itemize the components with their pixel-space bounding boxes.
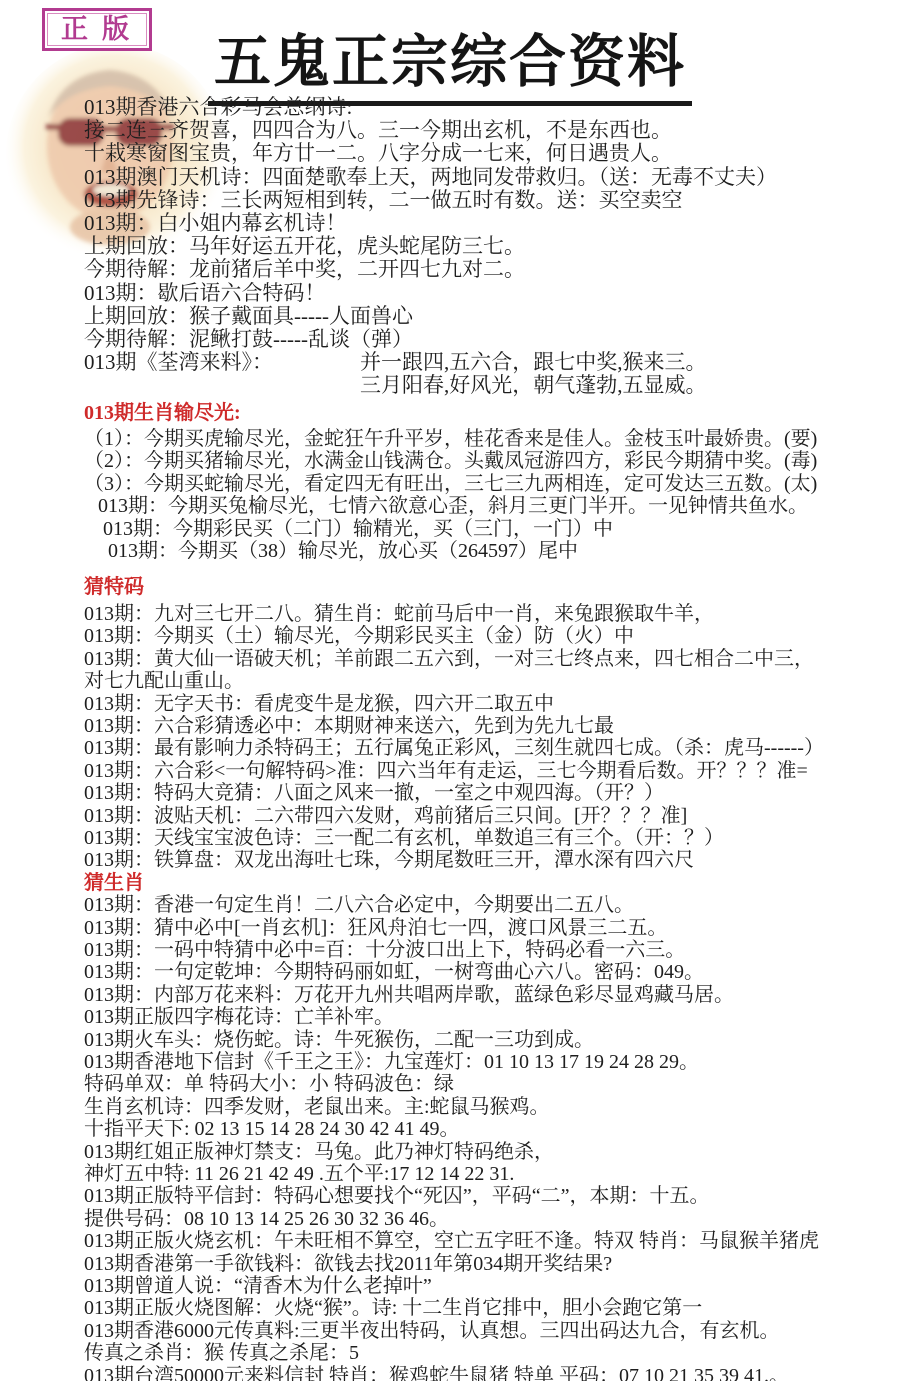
text-line: （3）：今期买蛇输尽光，看定四无有旺出，三七三九两相连，定可发达三五数。(太) bbox=[84, 473, 900, 495]
authentic-badge-label: 正版 bbox=[61, 14, 143, 44]
text-line: 生肖玄机诗：四季发财，老鼠出来。主:蛇鼠马猴鸡。 bbox=[84, 1096, 900, 1118]
text-line: 013期：猜中必中[一肖玄机]：狂风舟泊七一四，渡口风景三二五。 bbox=[84, 917, 900, 939]
text-line: 013期：最有影响力杀特码王；五行属兔正彩风，三刻生就四七成。（杀：虎马----… bbox=[84, 737, 900, 759]
text-line: 013期火车头：烧伤蛇。诗：牛死猴伤，二配一三功到成。 bbox=[84, 1029, 900, 1051]
text-line: 013期香港地下信封《千王之王》：九宝莲灯：01 10 13 17 19 24 … bbox=[84, 1051, 900, 1073]
text-line: （2）：今期买猪输尽光，水满金山钱满仓。头戴凤冠游四方，彩民今期猜中奖。(毒) bbox=[84, 450, 900, 472]
text-line: 013期：歇后语六合特码！ bbox=[84, 282, 900, 305]
text-line: 013期：天线宝宝波色诗：三一配二有玄机，单数追三有三个。（开：？） bbox=[84, 827, 900, 849]
text-line: 三月阳春,好风光，朝气蓬勃,五显威。 bbox=[84, 374, 900, 397]
authentic-badge: 正版 bbox=[42, 8, 152, 51]
text-line: 013期：六合彩<一句解特码>准：四六当年有走运，三七今期看后数。开？？？准= bbox=[84, 760, 900, 782]
text-line: （1）：今期买虎输尽光，金蛇狂午升平岁，桂花香来是佳人。金枝玉叶最娇贵。(要) bbox=[84, 428, 900, 450]
text-line: 013期香港6000元传真料:三更半夜出特码，认真想。三四出码达九合，有玄机。 bbox=[84, 1320, 900, 1342]
text-line: 十指平天下: 02 13 15 14 28 24 30 42 41 49。 bbox=[84, 1118, 900, 1140]
text-line: 上期回放：猴子戴面具-----人面兽心 bbox=[84, 305, 900, 328]
text-line: 今期待解：龙前猪后羊中奖，二开四七九对二。 bbox=[84, 258, 900, 281]
page-title: 五鬼正宗综合资料 bbox=[208, 16, 692, 106]
text-line: 013期先锋诗：三长两短相到转，二一做五时有数。送：买空卖空 bbox=[84, 189, 900, 212]
text-line: 013期正版四字梅花诗：亡羊补牢。 bbox=[84, 1006, 900, 1028]
text-line: 013期正版火烧玄机：午未旺相不算空，空亡五字旺不逢。特双 特肖：马鼠猴羊猪虎 bbox=[84, 1230, 900, 1252]
text-line: 上期回放：马年好运五开花，虎头蛇尾防三七。 bbox=[84, 235, 900, 258]
text-line: 013期：六合彩猜透必中：本期财神来送六，先到为先九七最 bbox=[84, 715, 900, 737]
section-heading: 猜生肖 bbox=[84, 872, 900, 894]
text-line: 013期澳门天机诗：四面楚歌奉上天，两地同发带救归。（送：无毒不丈夫） bbox=[84, 166, 900, 189]
text-line: 013期：九对三七开二八。猜生肖：蛇前马后中一肖，来兔跟猴取牛羊， bbox=[84, 603, 900, 625]
text-line: 特码单双：单 特码大小：小 特码波色：绿 bbox=[84, 1073, 900, 1095]
line-text: 并一跟四,五六合，跟七中奖,猴来三。 bbox=[360, 351, 707, 374]
text-line: 013期香港六合彩马会总纲诗: bbox=[84, 96, 900, 119]
text-line: 013期台湾50000元来料信封 特肖：猴鸡蛇牛鼠猪 特单 平码：07 10 2… bbox=[84, 1365, 900, 1381]
content-lines: 013期香港六合彩马会总纲诗:接二连三齐贺喜，四四合为八。三一今期出玄机，不是东… bbox=[84, 96, 900, 1381]
text-line: 013期：特码大竞猜：八面之风来一撤，一室之中观四海。（开？） bbox=[84, 782, 900, 804]
text-line: 013期：一句定乾坤：今期特码丽如虹，一树弯曲心六八。密码：049。 bbox=[84, 961, 900, 983]
text-line: 013期：波贴天机：二六带四六发财，鸡前猪后三只间。[开？？？准] bbox=[84, 805, 900, 827]
text-line: 对七九配山重山。 bbox=[84, 670, 900, 692]
text-line: 013期《荃湾来料》：并一跟四,五六合，跟七中奖,猴来三。 bbox=[84, 351, 900, 374]
section-heading: 猜特码 bbox=[84, 576, 900, 598]
text-line: 013期：内部万花来料：万花开九州共唱两岸歌，蓝绿色彩尽显鸡藏马居。 bbox=[84, 984, 900, 1006]
text-line: 传真之杀肖：猴 传真之杀尾：5 bbox=[84, 1342, 900, 1364]
text-line: 013期：今期买（土）输尽光，今期彩民买主（金）防（火）中 bbox=[84, 625, 900, 647]
text-line: 013期：无字天书：看虎变牛是龙猴，四六开二取五中 bbox=[84, 693, 900, 715]
text-line: 013期：香港一句定生肖！二八六合必定中，今期要出二五八。 bbox=[84, 894, 900, 916]
text-line: 013期：今期彩民买（二门）输精光，买（三门，一门）中 bbox=[84, 518, 900, 540]
lottery-tip-sheet-page: 正版 五鬼正宗综合资料 013期香港六合彩马会总纲诗:接二连三齐贺喜，四四合为八… bbox=[0, 0, 900, 1381]
line-label bbox=[84, 374, 360, 397]
text-line: 神灯五中特: 11 26 21 42 49 .五个平:17 12 14 22 3… bbox=[84, 1163, 900, 1185]
section-heading: 013期生肖输尽光: bbox=[84, 402, 900, 424]
text-line: 今期待解：泥鳅打鼓-----乱谈（弹） bbox=[84, 328, 900, 351]
text-line: 013期红姐正版神灯禁支：马兔。此乃神灯特码绝杀， bbox=[84, 1141, 900, 1163]
text-line: 013期：白小姐内幕玄机诗！ bbox=[84, 212, 900, 235]
text-line: 013期：黄大仙一语破天机；羊前跟二五六到，一对三七终点来，四七相合二中三， bbox=[84, 648, 900, 670]
line-label: 013期《荃湾来料》： bbox=[84, 351, 360, 374]
text-line: 接二连三齐贺喜，四四合为八。三一今期出玄机，不是东西也。 bbox=[84, 119, 900, 142]
text-line: 013期：一码中特猜中必中=百：十分波口出上下，特码必看一六三。 bbox=[84, 939, 900, 961]
text-line: 013期：今期买兔榆尽光，七情六欲意心歪，斜月三更门半开。一见钟情共鱼水。 bbox=[84, 495, 900, 517]
text-line: 013期正版特平信封：特码心想要找个“死囚”，平码“二”，本期：十五。 bbox=[84, 1185, 900, 1207]
text-line: 013期香港第一手欲钱料：欲钱去找2011年第034期开奖结果? bbox=[84, 1253, 900, 1275]
text-line: 提供号码：08 10 13 14 25 26 30 32 36 46。 bbox=[84, 1208, 900, 1230]
text-line: 013期正版火烧图解：火烧“猴”。诗: 十二生肖它排中，胆小会跑它第一 bbox=[84, 1297, 900, 1319]
line-text: 三月阳春,好风光，朝气蓬勃,五显威。 bbox=[360, 374, 707, 397]
text-line: 013期：铁算盘：双龙出海吐七珠，今期尾数旺三开，潭水深有四六尺 bbox=[84, 849, 900, 871]
text-line: 013期曾道人说：“清香木为什么老掉叶” bbox=[84, 1275, 900, 1297]
text-line: 013期：今期买（38）输尽光，放心买（264597）尾中 bbox=[84, 540, 900, 562]
text-line: 十栽寒窗图宝贵，年方廿一二。八字分成一七来，何日遇贵人。 bbox=[84, 142, 900, 165]
